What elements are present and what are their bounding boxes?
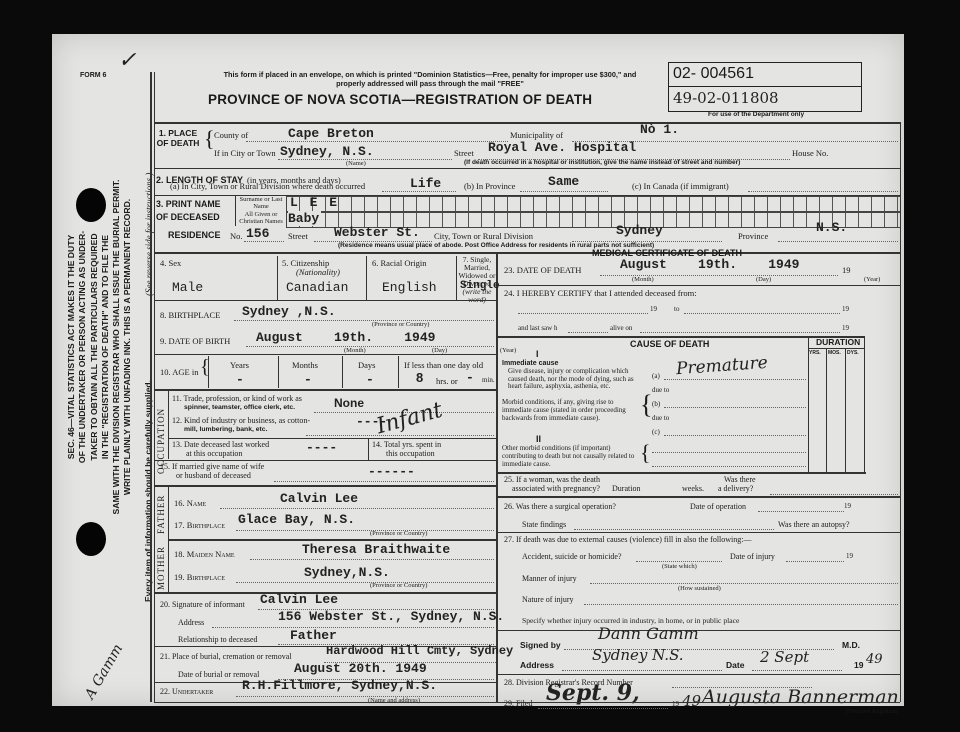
province-country-note: (Province or Country) bbox=[370, 530, 427, 537]
underline bbox=[236, 582, 494, 583]
name-note: (Name) bbox=[346, 160, 366, 167]
burial-date-value: August 20th. 1949 bbox=[294, 661, 427, 676]
underline bbox=[770, 494, 898, 495]
days-label: Days bbox=[358, 360, 375, 370]
alive-on-label: alive on bbox=[610, 324, 632, 332]
registrar-signature: Augusta Bannerman bbox=[702, 686, 899, 708]
statute-line: SAME WITH THE DIVISION REGISTRAR WHO SHA… bbox=[111, 112, 122, 582]
signed-year-value: 49 bbox=[866, 652, 883, 667]
underline bbox=[664, 435, 806, 436]
weeks-label: weeks. bbox=[682, 484, 704, 493]
divider bbox=[498, 285, 900, 286]
mother-birthplace-value: Sydney,N.S. bbox=[304, 565, 390, 580]
right-rule bbox=[900, 122, 901, 702]
divider bbox=[277, 256, 278, 300]
divider bbox=[808, 348, 864, 349]
q15-label: 15. If married give name of wife bbox=[160, 462, 264, 471]
last-saw-label: and last saw h bbox=[518, 324, 557, 332]
signed-by-value: Dann Gamm bbox=[598, 624, 699, 643]
father-name-label: 16. Name bbox=[174, 498, 206, 508]
department-note: For use of the Department only bbox=[708, 111, 804, 118]
less-than-day-label: If less than one day old bbox=[404, 360, 483, 370]
brace: { bbox=[640, 442, 651, 464]
signer-address-label: Address bbox=[520, 660, 554, 670]
label-text: 1. PLACE OF DEATH bbox=[157, 128, 200, 148]
day-note: (Day) bbox=[432, 347, 447, 354]
roman-two: II bbox=[536, 434, 541, 444]
underline bbox=[652, 466, 806, 467]
label-text: 3. PRINT NAME bbox=[156, 198, 221, 211]
divider bbox=[168, 438, 496, 439]
checkmark: ✓ bbox=[118, 48, 136, 73]
underline bbox=[640, 332, 840, 333]
residence-province-value: N.S. bbox=[816, 220, 847, 235]
divider bbox=[154, 354, 496, 355]
underline bbox=[518, 313, 648, 314]
other-conditions-desc: Other morbid conditions (if important) c… bbox=[502, 444, 640, 468]
cause-b-label: (b) bbox=[652, 400, 660, 408]
divider bbox=[669, 86, 861, 87]
year-note: (Year) bbox=[500, 347, 516, 354]
month-note: (Month) bbox=[632, 276, 654, 283]
department-number: 49-02-011808 bbox=[673, 89, 779, 107]
year-prefix: 19 bbox=[842, 305, 849, 313]
divider bbox=[168, 391, 169, 459]
hours-value: 8 bbox=[416, 370, 423, 385]
statute-line: WRITE PLAINLY WITH UNFADING INK. THIS IS… bbox=[122, 112, 133, 582]
sex-label: 4. Sex bbox=[160, 258, 181, 268]
q14-sub: this occupation bbox=[386, 449, 435, 458]
street-label: Street bbox=[454, 148, 474, 158]
divider bbox=[154, 702, 900, 703]
margin-signature: A Gamm bbox=[82, 641, 126, 702]
relationship-value: Father bbox=[290, 628, 337, 643]
stay-city-label: (a) In City, Town or Rural Division wher… bbox=[170, 181, 365, 191]
findings-label: State findings bbox=[522, 520, 566, 529]
residence-label: RESIDENCE bbox=[168, 230, 221, 240]
signed-date-label: Date bbox=[726, 660, 744, 670]
year-prefix: 19 bbox=[842, 324, 849, 332]
burial-place-label: 21. Place of burial, cremation or remova… bbox=[160, 652, 292, 661]
registrar-label: (Division Registrar) bbox=[846, 708, 898, 715]
divider bbox=[498, 472, 866, 474]
birthplace-value: Sydney ,N.S. bbox=[242, 304, 336, 319]
q15-sub: or husband of deceased bbox=[176, 471, 251, 480]
q25-label: 25. If a woman, was the death bbox=[504, 475, 600, 484]
q13-value: ---- bbox=[306, 440, 337, 455]
divider bbox=[168, 539, 496, 541]
age-label: 10. AGE in bbox=[160, 367, 199, 377]
surname-label: Surname or Last Name bbox=[238, 196, 284, 210]
statute-line: TAKER TO OBTAIN ALL THE PARTICULARS REQU… bbox=[89, 112, 100, 582]
registration-number: 02- 004561 bbox=[673, 65, 754, 83]
county-label: County of bbox=[214, 130, 248, 140]
q15-value: ------ bbox=[368, 464, 415, 479]
q25-sub: associated with pregnancy? bbox=[512, 484, 600, 493]
underline bbox=[562, 670, 722, 671]
hours-label: hrs. or bbox=[436, 376, 458, 386]
mother-name-value: Theresa Braithwaite bbox=[302, 542, 450, 557]
underline bbox=[236, 530, 494, 531]
months-value: - bbox=[304, 372, 312, 387]
divider bbox=[154, 168, 900, 169]
stay-canada-label: (c) In Canada (if immigrant) bbox=[632, 181, 729, 191]
cause-title: CAUSE OF DEATH bbox=[630, 339, 709, 349]
underline bbox=[684, 313, 840, 314]
to-label: to bbox=[674, 305, 679, 313]
immediate-cause-label: Immediate cause bbox=[502, 360, 558, 367]
minutes-value: - bbox=[466, 370, 474, 385]
residence-street-label: Street bbox=[288, 231, 308, 241]
immediate-cause-desc: Give disease, injury or complication whi… bbox=[508, 368, 640, 391]
underline bbox=[234, 320, 494, 321]
city-label: If in City or Town bbox=[214, 148, 276, 158]
q13-label: 13. Date deceased last worked bbox=[172, 440, 269, 449]
divider bbox=[498, 630, 900, 631]
province-country-note: (Province or Country) bbox=[370, 582, 427, 589]
burial-place-value: Hardwood Hill Cmty, Sydney bbox=[326, 644, 513, 658]
divider bbox=[154, 252, 900, 254]
form-number: FORM 6 bbox=[80, 72, 106, 79]
place-of-death-label: 1. PLACE OF DEATH bbox=[156, 128, 200, 148]
mother-birthplace-label: 19. Birthplace bbox=[174, 572, 225, 582]
divider bbox=[826, 348, 827, 472]
q11-example: spinner, teamster, office clerk, etc. bbox=[184, 404, 295, 411]
md-label: M.D. bbox=[842, 640, 860, 650]
due-to-label: due to bbox=[652, 386, 669, 394]
province-country-note: (Province or Country) bbox=[372, 321, 429, 328]
dob-value: August 19th. 1949 bbox=[256, 330, 435, 345]
underline bbox=[220, 508, 494, 509]
underline bbox=[778, 241, 898, 242]
informant-address-label: Address bbox=[178, 618, 204, 627]
divider bbox=[456, 256, 457, 300]
hospital-note: (If death occurred in a hospital or inst… bbox=[464, 159, 740, 166]
month-note: (Month) bbox=[344, 347, 366, 354]
q12-label: 12. Kind of industry or business, as cot… bbox=[172, 416, 310, 425]
page-title: PROVINCE OF NOVA SCOTIA—REGISTRATION OF … bbox=[208, 92, 592, 107]
handwritten-infant: Infant bbox=[374, 398, 445, 440]
day-note: (Day) bbox=[756, 276, 771, 283]
accident-label: Accident, suicide or homicide? bbox=[522, 552, 622, 561]
state-which-note: (State which) bbox=[662, 563, 697, 570]
how-sustained-note: (How sustained) bbox=[678, 585, 721, 592]
divider bbox=[498, 496, 900, 498]
informant-value: Calvin Lee bbox=[260, 592, 338, 607]
dob-label: 9. DATE OF BIRTH bbox=[160, 336, 230, 346]
duration-label: DURATION bbox=[816, 337, 860, 347]
statute-line: OF THE UNDERTAKER OR PERSON ACTING AS UN… bbox=[77, 112, 88, 582]
filed-year-value: 49 bbox=[682, 692, 701, 710]
birthplace-label: 8. BIRTHPLACE bbox=[160, 310, 220, 320]
roman-one: I bbox=[536, 349, 539, 359]
surname-value: L E E bbox=[290, 195, 339, 210]
underline bbox=[382, 191, 456, 192]
underline bbox=[568, 332, 608, 333]
underline bbox=[664, 379, 806, 380]
years-value: - bbox=[236, 372, 244, 387]
father-birthplace-value: Glace Bay, N.S. bbox=[238, 512, 355, 527]
signer-address-value: Sydney N.S. bbox=[592, 646, 684, 664]
given-names-value: Baby bbox=[288, 211, 321, 226]
duration-months: MOS. bbox=[828, 350, 841, 356]
given-names-label: All Given or Christian Names bbox=[238, 211, 284, 225]
statute-line: SEC. 46—VITAL STATISTICS ACT MAKES IT TH… bbox=[66, 112, 77, 582]
stay-province-label: (b) In Province bbox=[464, 181, 515, 191]
divider bbox=[864, 336, 865, 472]
q12-example: mill, lumbering, bank, etc. bbox=[184, 426, 267, 433]
delivery-label: Was there bbox=[724, 475, 756, 484]
underline bbox=[212, 627, 494, 628]
stay-province-value: Same bbox=[548, 174, 579, 189]
divider bbox=[498, 674, 900, 675]
divider bbox=[235, 196, 236, 226]
date-of-death-label: 23. DATE OF DEATH bbox=[504, 265, 581, 275]
divider bbox=[154, 485, 496, 487]
underline bbox=[574, 529, 774, 530]
underline bbox=[538, 708, 668, 709]
underline bbox=[246, 346, 494, 347]
divider bbox=[845, 348, 846, 472]
year-prefix: 19 bbox=[650, 305, 657, 313]
municipality-value: Nò 1. bbox=[640, 122, 679, 137]
underline bbox=[250, 559, 494, 560]
divider bbox=[398, 356, 399, 388]
left-rule bbox=[154, 72, 155, 702]
underline bbox=[652, 452, 806, 453]
residence-city-value: Sydney bbox=[616, 223, 663, 238]
date-of-death-value: August 19th. 1949 bbox=[620, 257, 799, 272]
marital-value: Single bbox=[460, 280, 500, 292]
divider bbox=[154, 389, 496, 391]
father-name-value: Calvin Lee bbox=[280, 491, 358, 506]
morbid-conditions-desc: Morbid conditions, if any, giving rise t… bbox=[502, 398, 640, 422]
q11-label: 11. Trade, profession, or kind of work a… bbox=[172, 394, 302, 403]
cause-a-label: (a) bbox=[652, 372, 660, 380]
underline bbox=[306, 435, 494, 436]
city-value: Sydney, N.S. bbox=[280, 144, 374, 159]
house-label: House No. bbox=[792, 148, 828, 158]
surname-grid bbox=[286, 196, 901, 212]
sex-value: Male bbox=[172, 280, 203, 295]
racial-origin-label: 6. Racial Origin bbox=[372, 258, 427, 268]
divider bbox=[154, 460, 496, 461]
divider bbox=[498, 532, 900, 533]
underline bbox=[758, 511, 844, 512]
mother-side-label: MOTHER bbox=[156, 546, 166, 590]
residence-street-value: Webster St. bbox=[334, 225, 420, 240]
operation-date-label: Date of operation bbox=[690, 502, 746, 511]
brace: { bbox=[204, 126, 215, 152]
divider bbox=[154, 122, 900, 124]
underline bbox=[786, 561, 844, 562]
divider bbox=[368, 438, 369, 460]
county-value: Cape Breton bbox=[288, 126, 374, 141]
registration-box: 02- 004561 49-02-011808 bbox=[668, 62, 862, 112]
divider bbox=[366, 256, 367, 300]
divider bbox=[342, 356, 343, 388]
statute-notice: SEC. 46—VITAL STATISTICS ACT MAKES IT TH… bbox=[66, 112, 134, 582]
mother-name-label: 18. Maiden Name bbox=[174, 549, 235, 559]
divider bbox=[208, 356, 209, 388]
year-prefix: 19 bbox=[842, 265, 851, 275]
q27-label: 27. If death was due to external causes … bbox=[504, 535, 751, 544]
underline bbox=[636, 561, 722, 562]
underline bbox=[274, 481, 494, 482]
residence-province-label: Province bbox=[738, 231, 768, 241]
duration-label: Duration bbox=[612, 484, 640, 493]
nature-label: Nature of injury bbox=[522, 595, 574, 604]
citizenship-sub: (Nationality) bbox=[296, 267, 340, 277]
undertaker-value: R.H.Fillmore, Sydney,N.S. bbox=[242, 678, 437, 693]
residence-no-label: No. bbox=[230, 231, 243, 241]
years-label: Years bbox=[230, 360, 249, 370]
underline bbox=[246, 141, 508, 142]
print-name-label: 3. PRINT NAMEOF DECEASED bbox=[156, 198, 221, 224]
father-birthplace-label: 17. Birthplace bbox=[174, 520, 225, 530]
left-rule bbox=[150, 72, 152, 702]
year-prefix: 19 bbox=[846, 552, 853, 560]
divider bbox=[154, 300, 496, 301]
municipality-label: Municipality of bbox=[510, 130, 563, 140]
q13-sub: at this occupation bbox=[186, 449, 242, 458]
months-label: Months bbox=[292, 360, 318, 370]
due-to-label: due to bbox=[652, 414, 669, 422]
q26-label: 26. Was there a surgical operation? bbox=[504, 502, 616, 511]
q14-label: 14. Total yrs. spent in bbox=[372, 440, 441, 449]
underline bbox=[244, 241, 284, 242]
label-text: OF DECEASED bbox=[156, 211, 221, 224]
brace: { bbox=[640, 392, 652, 418]
informant-label: 20. Signature of informant bbox=[160, 600, 245, 609]
residence-no-value: 156 bbox=[246, 226, 269, 241]
year-note: (Year) bbox=[864, 276, 880, 283]
duration-days: DYS. bbox=[847, 350, 859, 356]
underline bbox=[748, 191, 898, 192]
divider bbox=[278, 356, 279, 388]
year-prefix: 19 bbox=[854, 660, 863, 670]
filed-label: 29. Filed bbox=[504, 699, 532, 708]
envelope-notice: This form if placed in an envelope, on w… bbox=[210, 70, 650, 88]
underline bbox=[520, 191, 608, 192]
underline bbox=[236, 696, 494, 697]
relationship-label: Relationship to deceased bbox=[178, 635, 258, 644]
certify-label: 24. I HEREBY CERTIFY that I attended dec… bbox=[504, 288, 697, 298]
racial-origin-value: English bbox=[382, 280, 437, 295]
underline bbox=[664, 407, 806, 408]
informant-address-value: 156 Webster St., Sydney, N.S. bbox=[278, 609, 504, 624]
duration-years: YRS. bbox=[809, 350, 821, 356]
underline bbox=[584, 604, 898, 605]
underline bbox=[752, 670, 842, 671]
father-side-label: FATHER bbox=[156, 495, 166, 534]
manner-label: Manner of injury bbox=[522, 574, 577, 583]
signed-by-label: Signed by bbox=[520, 640, 561, 650]
residence-city-label: City, Town or Rural Division bbox=[434, 231, 533, 241]
street-value: Royal Ave. Hospital bbox=[488, 140, 636, 155]
death-certificate: FORM 6 ✓ SEC. 46—VITAL STATISTICS ACT MA… bbox=[52, 34, 904, 706]
cause-c-label: (c) bbox=[652, 428, 660, 436]
delivery-sub: a delivery? bbox=[718, 484, 753, 493]
citizenship-value: Canadian bbox=[286, 280, 348, 295]
injury-date-label: Date of injury bbox=[730, 552, 775, 561]
minutes-label: min. bbox=[482, 376, 495, 384]
year-prefix: 19 bbox=[844, 502, 851, 510]
center-divider bbox=[496, 254, 498, 702]
q11-value: None bbox=[334, 396, 364, 410]
underline bbox=[590, 583, 898, 584]
divider bbox=[808, 336, 809, 472]
autopsy-label: Was there an autopsy? bbox=[778, 520, 850, 529]
see-reverse-note: (See reverse side for instructions.) bbox=[144, 173, 154, 296]
cause-a-value: Premature bbox=[675, 353, 768, 379]
undertaker-label: 22. Undertaker bbox=[160, 687, 213, 696]
divider bbox=[498, 336, 864, 338]
statute-line: IN THE "REGISTRATION OF DEATH" AND TO FI… bbox=[100, 112, 111, 582]
signed-date-value: 2 Sept bbox=[760, 648, 809, 666]
stay-city-value: Life bbox=[410, 176, 441, 191]
days-value: - bbox=[366, 372, 374, 387]
